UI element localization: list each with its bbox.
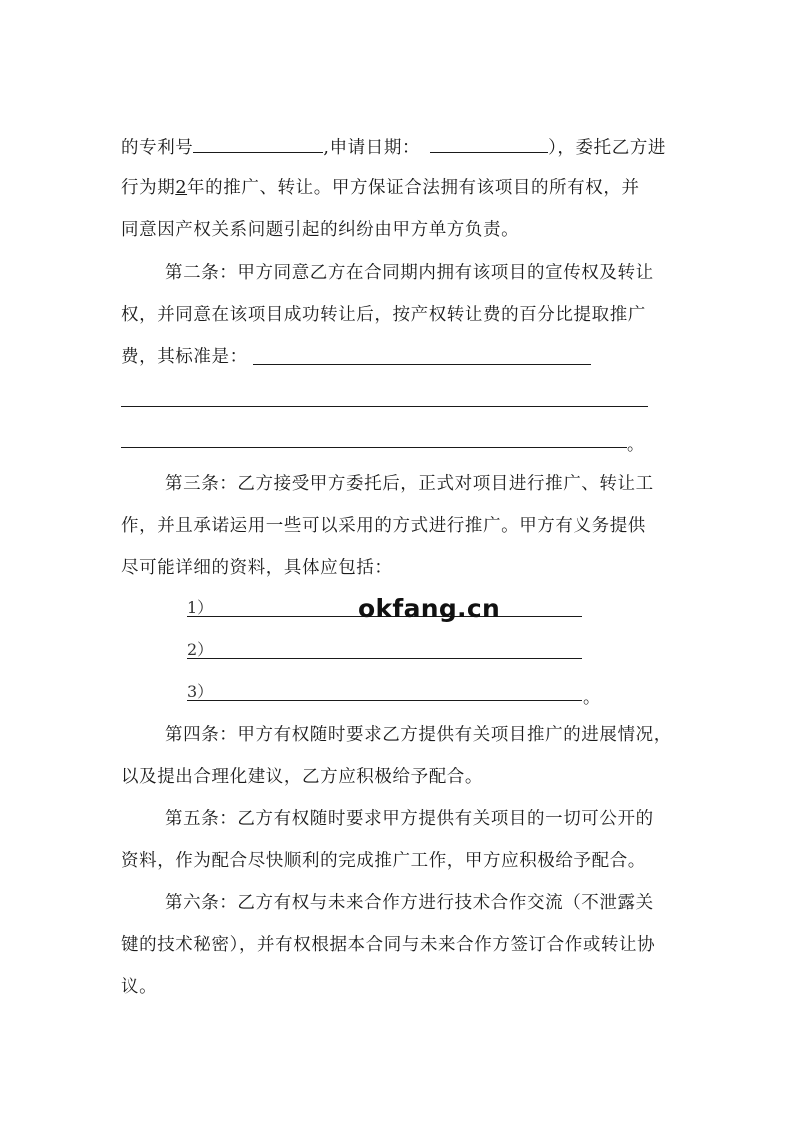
p1-line3: 同意因产权关系问题引起的纠纷由甲方单方负责。: [121, 218, 519, 242]
p1-line2: 行为期2年的推广、转让。甲方保证合法拥有该项目的所有权，并: [121, 176, 640, 200]
patent-number-blank[interactable]: [193, 134, 323, 153]
article-6-line1: 第六条：乙方有权与未来合作方进行技术合作交流（不泄露关: [165, 891, 654, 915]
article-4-line1: 第四条：甲方有权随时要求乙方提供有关项目推广的进展情况，: [165, 723, 672, 747]
article-3-line2: 作，并且承诺运用一些可以采用的方式进行推广。甲方有义务提供: [121, 514, 646, 538]
article-5-line2: 资料，作为配合尽快顺利的完成推广工作，甲方应积极给予配合。: [121, 849, 646, 873]
article-3-line1: 第三条：乙方接受甲方委托后，正式对项目进行推广、转让工: [165, 472, 654, 496]
standard-blank-2[interactable]: [121, 406, 648, 407]
article-5-line1: 第五条：乙方有权随时要求甲方提供有关项目的一切可公开的: [165, 807, 654, 831]
article-6-line3: 议。: [121, 975, 157, 999]
standard-blank-1[interactable]: [253, 364, 591, 365]
patent-number-label: 的专利号: [121, 138, 193, 158]
material-item-3-blank[interactable]: [187, 700, 582, 701]
p1-line1: 的专利号,申请日期：），委托乙方进: [121, 134, 666, 160]
application-date-blank[interactable]: [430, 134, 548, 153]
article-2-period: 。: [627, 430, 644, 455]
article-6-line2: 键的技术秘密），并有权根据本合同与未来合作方签订合作或转让协: [121, 933, 655, 957]
p1-line1-tail: ），委托乙方进: [548, 138, 666, 158]
article-3-period: 。: [583, 683, 600, 708]
article-4-line2: 以及提出合理化建议，乙方应积极给予配合。: [121, 765, 483, 789]
watermark: okfang.cn: [358, 594, 500, 623]
article-2-line1: 第二条：甲方同意乙方在合同期内拥有该项目的宣传权及转让: [165, 261, 654, 285]
p1-line2-tail: 年的推广、转让。甲方保证合法拥有该项目的所有权，并: [187, 178, 640, 198]
article-3-line3: 尽可能详细的资料，具体应包括：: [121, 556, 393, 580]
material-item-2-blank[interactable]: [187, 658, 582, 659]
term-years: 2: [175, 178, 187, 198]
application-date-label: ,申请日期：: [323, 138, 420, 158]
standard-blank-3[interactable]: [121, 447, 627, 448]
article-2-line3: 费，其标准是：: [121, 345, 248, 369]
document-page: 的专利号,申请日期：），委托乙方进 行为期2年的推广、转让。甲方保证合法拥有该项…: [0, 0, 800, 1132]
article-2-line2: 权，并同意在该项目成功转让后，按产权转让费的百分比提取推广: [121, 303, 646, 327]
p1-line2-head: 行为期: [121, 178, 175, 198]
standard-label: 费，其标准是：: [121, 347, 248, 367]
